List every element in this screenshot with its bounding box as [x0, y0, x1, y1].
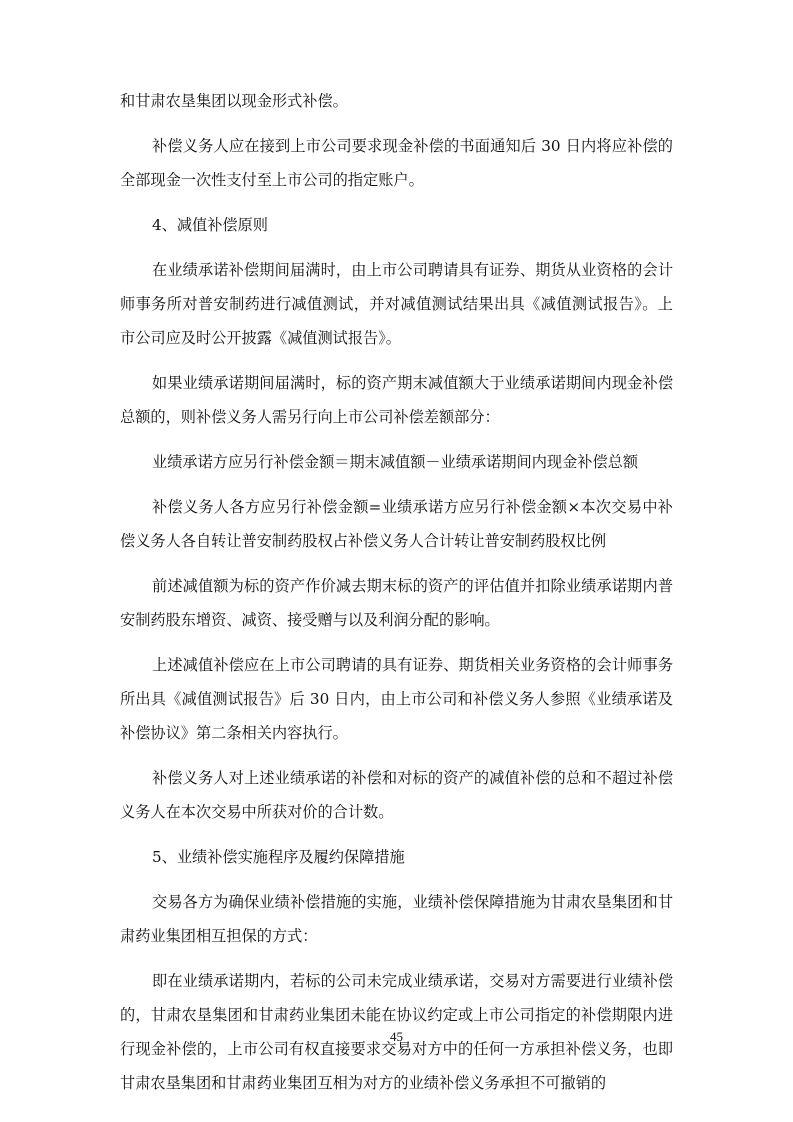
paragraph-impairment-test: 在业绩承诺补偿期间届满时，由上市公司聘请具有证券、期货从业资格的会计师事务所对普…	[120, 253, 673, 355]
paragraph-impairment-execution: 上述减值补偿应在上市公司聘请的具有证券、期货相关业务资格的会计师事务所出具《减值…	[120, 648, 673, 750]
paragraph-cash-payment: 补偿义务人应在接到上市公司要求现金补偿的书面通知后 30 日内将应补偿的全部现金…	[120, 129, 673, 197]
section-heading-guarantee: 5、业绩补偿实施程序及履约保障措施	[120, 840, 673, 874]
paragraph-compensation-cap: 补偿义务人对上述业绩承诺的补偿和对标的资产的减值补偿的总和不超过补偿义务人在本次…	[120, 761, 673, 829]
formula-each-party-compensation: 补偿义务人各方应另行补偿金额=业绩承诺方应另行补偿金额×本次交易中补偿义务人各自…	[120, 490, 673, 558]
section-heading-impairment: 4、减值补偿原则	[120, 208, 673, 242]
paragraph-guarantee-method: 交易各方为确保业绩补偿措施的实施，业绩补偿保障措施为甘肃农垦集团和甘肃药业集团相…	[120, 885, 673, 953]
paragraph-impairment-definition: 前述减值额为标的资产作价减去期末标的资产的评估值并扣除业绩承诺期内普安制药股东增…	[120, 569, 673, 637]
paragraph-impairment-difference: 如果业绩承诺期间届满时，标的资产期末减值额大于业绩承诺期间内现金补偿总额的，则补…	[120, 366, 673, 434]
paragraph-continuation: 和甘肃农垦集团以现金形式补偿。	[120, 84, 673, 118]
page-number: 45	[0, 1029, 793, 1045]
formula-additional-compensation: 业绩承诺方应另行补偿金额＝期末减值额－业绩承诺期间内现金补偿总额	[120, 445, 673, 479]
document-page: 和甘肃农垦集团以现金形式补偿。 补偿义务人应在接到上市公司要求现金补偿的书面通知…	[120, 84, 673, 1111]
